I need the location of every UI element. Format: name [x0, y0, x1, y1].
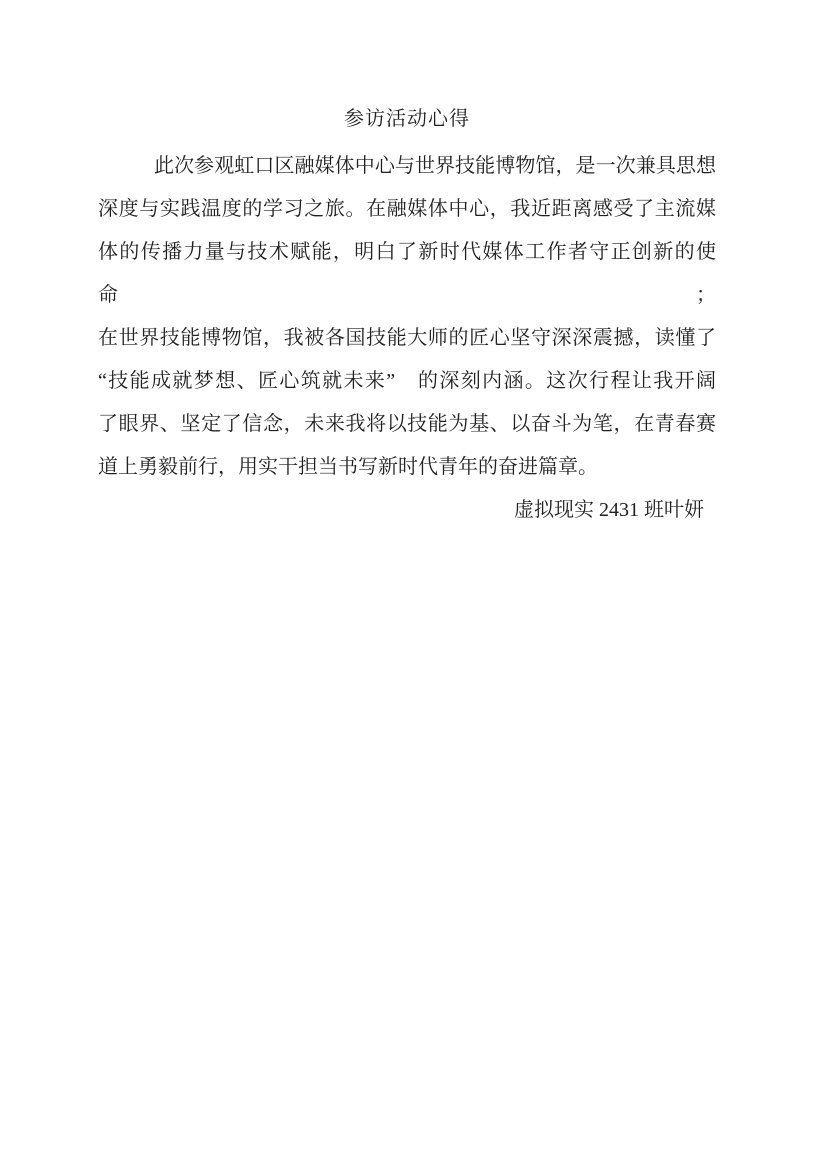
signature: 虚拟现实 2431 班叶妍: [98, 489, 716, 532]
paragraph-line-5: “技能成就梦想、匠心筑就未来” 的深刻内涵。这次行程让我开阔: [98, 360, 716, 403]
paragraph-line-6: 了眼界、坚定了信念，未来我将以技能为基、以奋斗为笔，在青春赛: [98, 403, 716, 446]
document-page: 参访活动心得 此次参观虹口区融媒体中心与世界技能博物馆，是一次兼具思想 深度与实…: [0, 0, 819, 1158]
paragraph-line-3: 体的传播力量与技术赋能，明白了新时代媒体工作者守正创新的使命；: [98, 231, 716, 317]
paragraph-line-2: 深度与实践温度的学习之旅。在融媒体中心，我近距离感受了主流媒: [98, 188, 716, 231]
paragraph-line-4: 在世界技能博物馆，我被各国技能大师的匠心坚守深深震撼，读懂了: [98, 317, 716, 360]
page-title: 参访活动心得: [98, 98, 716, 141]
paragraph-line-7: 道上勇毅前行，用实干担当书写新时代青年的奋进篇章。: [98, 446, 716, 489]
essay-paragraph: 此次参观虹口区融媒体中心与世界技能博物馆，是一次兼具思想 深度与实践温度的学习之…: [98, 145, 716, 489]
document-content: 参访活动心得 此次参观虹口区融媒体中心与世界技能博物馆，是一次兼具思想 深度与实…: [98, 98, 716, 532]
paragraph-line-1: 此次参观虹口区融媒体中心与世界技能博物馆，是一次兼具思想: [98, 145, 716, 188]
